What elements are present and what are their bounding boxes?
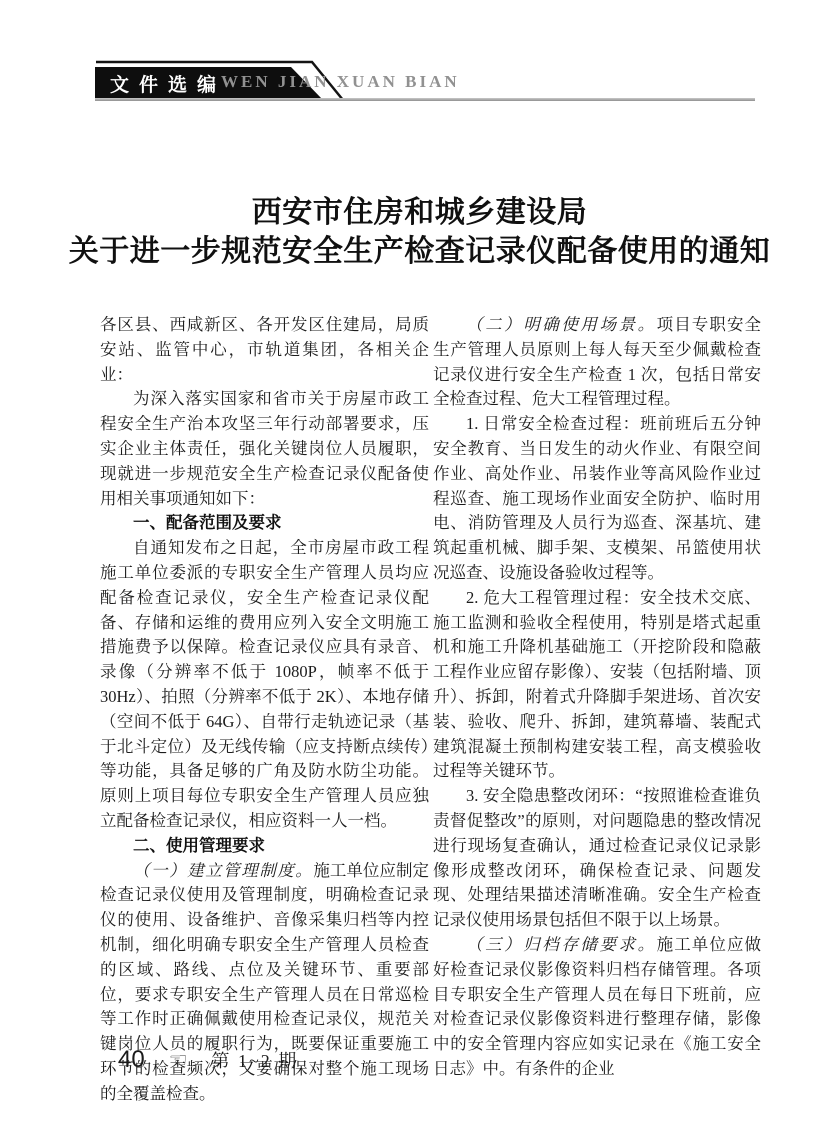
section-heading-2: 二、使用管理要求 <box>100 834 429 859</box>
pointing-hand-icon: ☜ <box>169 1050 188 1071</box>
paragraph-lead: （二）明确使用场景。 <box>466 315 657 334</box>
page-footer: 40 ☜ 第 1~2 期 <box>118 1044 298 1076</box>
right-column: （二）明确使用场景。项目专职安全生产管理人员原则上每人每天至少佩戴检查记录仪进行… <box>433 313 761 1082</box>
page-header: 文件选编 WEN JIAN XUAN BIAN <box>95 58 757 104</box>
paragraph-recipients: 各区县、西咸新区、各开发区住建局，局质安站、监管中心，市轨道集团，各相关企业： <box>100 313 429 387</box>
paragraph-lead: （三）归档存储要求。 <box>466 935 657 954</box>
document-title: 西安市住房和城乡建设局 关于进一步规范安全生产检查记录仪配备使用的通知 <box>0 193 839 271</box>
banner-pinyin: WEN JIAN XUAN BIAN <box>221 72 460 92</box>
paragraph-rectification-loop: 3. 安全隐患整改闭环：“按照谁检查谁负责督促整改”的原则，对问题隐患的整改情况… <box>433 784 761 933</box>
issue-label: 第 1~2 期 <box>212 1047 299 1073</box>
paragraph-body: 施工单位应做好检查记录仪影像资料归档存储管理。各项目专职安全生产管理人员在每日下… <box>433 935 761 1078</box>
paragraph-daily-inspection: 1. 日常安全检查过程：班前班后五分钟安全教育、当日发生的动火作业、有限空间作业… <box>433 412 761 586</box>
banner-title: 文件选编 <box>110 70 226 97</box>
paragraph-major-projects: 2. 危大工程管理过程：安全技术交底、施工监测和验收全程使用，特别是塔式起重机和… <box>433 586 761 784</box>
header-rule <box>95 98 755 101</box>
title-line-2: 关于进一步规范安全生产检查记录仪配备使用的通知 <box>0 232 839 271</box>
paragraph-scope: 自通知发布之日起，全市房屋市政工程施工单位委派的专职安全生产管理人员均应配备检查… <box>100 536 429 834</box>
page-number: 40 <box>118 1046 145 1074</box>
paragraph-intro: 为深入落实国家和省市关于房屋市政工程安全生产治本攻坚三年行动部署要求，压实企业主… <box>100 387 429 511</box>
paragraph-lead: （一）建立管理制度。 <box>133 861 313 880</box>
paragraph-archiving: （三）归档存储要求。施工单位应做好检查记录仪影像资料归档存储管理。各项目专职安全… <box>433 933 761 1082</box>
title-line-1: 西安市住房和城乡建设局 <box>0 193 839 232</box>
left-column: 各区县、西咸新区、各开发区住建局，局质安站、监管中心，市轨道集团，各相关企业： … <box>100 313 429 1107</box>
paragraph-usage-scenes: （二）明确使用场景。项目专职安全生产管理人员原则上每人每天至少佩戴检查记录仪进行… <box>433 313 761 412</box>
section-heading-1: 一、配备范围及要求 <box>100 511 429 536</box>
